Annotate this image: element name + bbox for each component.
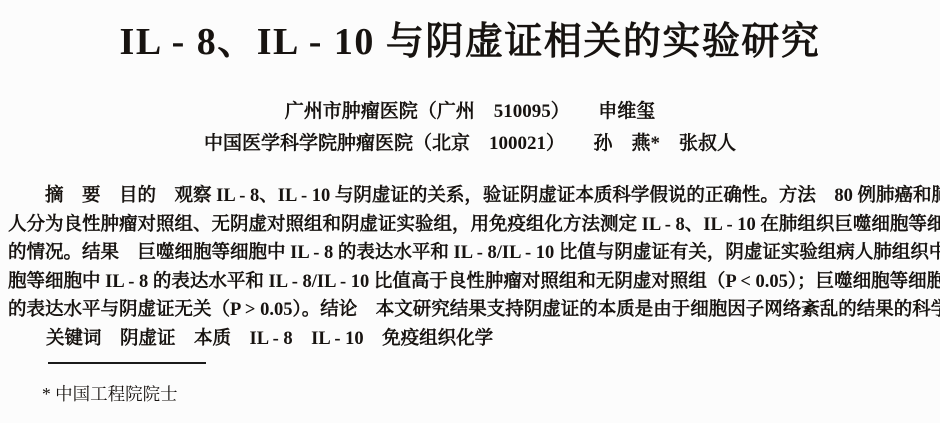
abstract-line: 人分为良性肿瘤对照组、无阴虚对照组和阴虚证实验组，用免疫组化方法测定 IL - … — [8, 211, 932, 240]
abstract-line: 胞等细胞中 IL - 8 的表达水平和 IL - 8/IL - 10 比值高于良… — [8, 268, 932, 297]
affiliation-line-2: 中国医学科学院肿瘤医院（北京 100021） 孙 燕* 张叔人 — [0, 128, 940, 155]
abstract-line: 摘 要 目的 观察 IL - 8、IL - 10 与阴虚证的关系，验证阴虚证本质… — [8, 182, 932, 211]
abstract-block: 摘 要 目的 观察 IL - 8、IL - 10 与阴虚证的关系，验证阴虚证本质… — [8, 182, 932, 353]
footnote-text: * 中国工程院院士 — [42, 381, 178, 406]
abstract-line: 的情况。结果 巨噬细胞等细胞中 IL - 8 的表达水平和 IL - 8/IL … — [8, 239, 932, 268]
affiliation-line-1: 广州市肿瘤医院（广州 510095） 申维玺 — [0, 96, 940, 123]
keywords-line: 关键词 阴虚证 本质 IL - 8 IL - 10 免疫组织化学 — [8, 325, 932, 354]
footnote-divider — [48, 362, 206, 364]
page-title: IL - 8、IL - 10 与阴虚证相关的实验研究 — [0, 10, 940, 65]
abstract-line: 的表达水平与阴虚证无关（P > 0.05）。结论 本文研究结果支持阴虚证的本质是… — [8, 296, 932, 325]
